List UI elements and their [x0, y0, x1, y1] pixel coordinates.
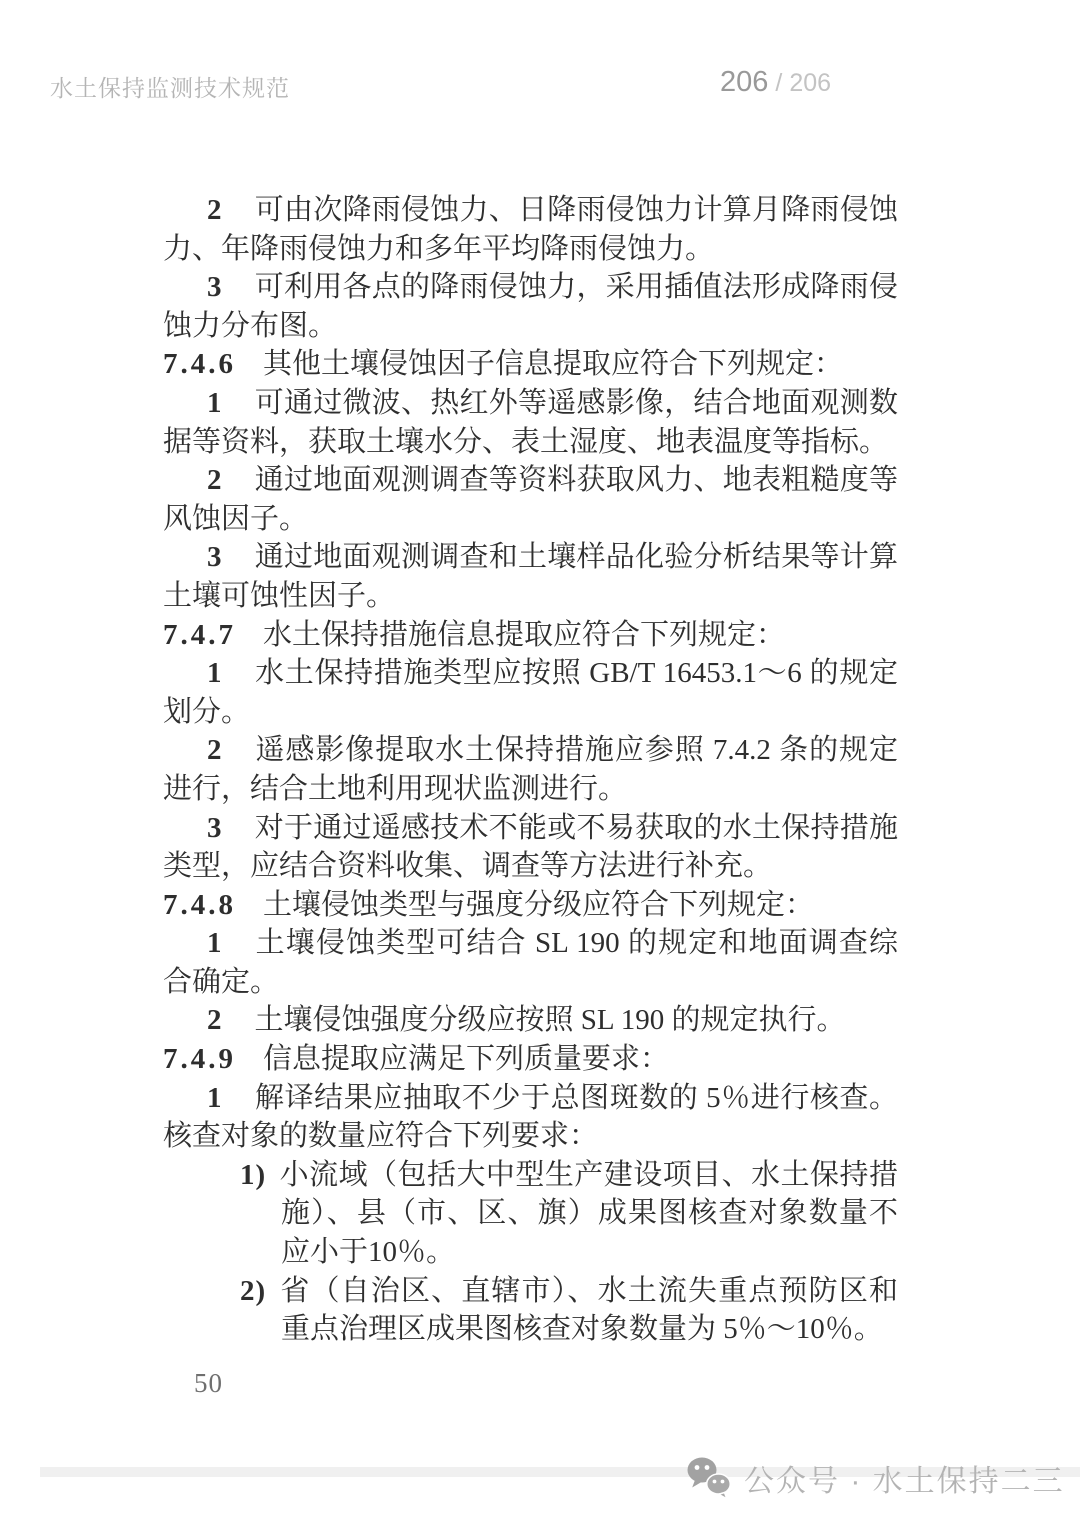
- item-number: 7.4.6: [163, 348, 236, 380]
- item-number: 1: [207, 927, 222, 959]
- item-text: 遥感影像提取水土保持措施应参照 7.4.2 条的规定进行，结合土地利用现状监测进…: [163, 734, 898, 805]
- item-text: 对于通过遥感技术不能或不易获取的水土保持措施类型，应结合资料收集、调查等方法进行…: [163, 812, 898, 883]
- item-text: 小流域（包括大中型生产建设项目、水土保持措施）、县（市、区、旗）成果图核查对象数…: [279, 1159, 898, 1268]
- item-text: 解译结果应抽取不少于总图斑数的 5％进行核查。核查对象的数量应符合下列要求：: [163, 1082, 898, 1153]
- item-text: 通过地面观测调查和土壤样品化验分析结果等计算土壤可蚀性因子。: [163, 541, 898, 612]
- page-total: 206: [789, 69, 831, 97]
- page-number: 50: [194, 1368, 223, 1399]
- list-item: 1土壤侵蚀类型可结合 SL 190 的规定和地面调查综合确定。: [163, 924, 898, 1001]
- section-heading: 7.4.9信息提取应满足下列质量要求：: [163, 1040, 898, 1079]
- page-current: 206: [720, 66, 768, 98]
- item-text: 可利用各点的降雨侵蚀力，采用插值法形成降雨侵蚀力分布图。: [163, 271, 898, 342]
- list-item: 3对于通过遥感技术不能或不易获取的水土保持措施类型，应结合资料收集、调查等方法进…: [163, 809, 898, 886]
- watermark-text: 公众号 · 水土保持二三: [744, 1456, 1065, 1500]
- page-indicator: 206/206: [720, 66, 831, 99]
- item-number: 7.4.8: [163, 889, 236, 921]
- item-number: 2: [207, 1004, 222, 1036]
- list-item: 2通过地面观测调查等资料获取风力、地表粗糙度等风蚀因子。: [163, 461, 898, 538]
- list-item: 2遥感影像提取水土保持措施应参照 7.4.2 条的规定进行，结合土地利用现状监测…: [163, 731, 898, 808]
- item-text: 通过地面观测调查等资料获取风力、地表粗糙度等风蚀因子。: [163, 464, 898, 535]
- list-item: 1解译结果应抽取不少于总图斑数的 5％进行核查。核查对象的数量应符合下列要求：: [163, 1079, 898, 1156]
- section-heading: 7.4.6其他土壤侵蚀因子信息提取应符合下列规定：: [163, 345, 898, 384]
- item-number: 2: [207, 734, 222, 766]
- item-number: 3: [207, 541, 222, 573]
- item-number: 1: [207, 657, 222, 689]
- item-text: 信息提取应满足下列质量要求：: [263, 1043, 669, 1075]
- list-item: 3可利用各点的降雨侵蚀力，采用插值法形成降雨侵蚀力分布图。: [163, 268, 898, 345]
- item-text: 可由次降雨侵蚀力、日降雨侵蚀力计算月降雨侵蚀力、年降雨侵蚀力和多年平均降雨侵蚀力…: [163, 194, 898, 265]
- item-number: 3: [207, 271, 222, 303]
- document-page: 水土保持监测技术规范 206/206 2可由次降雨侵蚀力、日降雨侵蚀力计算月降雨…: [0, 0, 1080, 1527]
- sub-list-item: 2)省（自治区、直辖市）、水土流失重点预防区和重点治理区成果图核查对象数量为 5…: [163, 1272, 898, 1349]
- section-heading: 7.4.7水土保持措施信息提取应符合下列规定：: [163, 616, 898, 655]
- doc-title: 水土保持监测技术规范: [50, 70, 290, 103]
- list-item: 2土壤侵蚀强度分级应按照 SL 190 的规定执行。: [163, 1001, 898, 1040]
- sub-list-item: 1)小流域（包括大中型生产建设项目、水土保持措施）、县（市、区、旗）成果图核查对…: [163, 1156, 898, 1272]
- item-number: 3: [207, 812, 222, 844]
- item-number: 7.4.9: [163, 1043, 236, 1075]
- item-text: 水土保持措施信息提取应符合下列规定：: [263, 619, 785, 651]
- item-text: 可通过微波、热红外等遥感影像，结合地面观测数据等资料，获取土壤水分、表土湿度、地…: [163, 387, 898, 458]
- list-item: 2可由次降雨侵蚀力、日降雨侵蚀力计算月降雨侵蚀力、年降雨侵蚀力和多年平均降雨侵蚀…: [163, 191, 898, 268]
- watermark: 公众号 · 水土保持二三: [686, 1456, 1065, 1500]
- document-content: 2可由次降雨侵蚀力、日降雨侵蚀力计算月降雨侵蚀力、年降雨侵蚀力和多年平均降雨侵蚀…: [163, 191, 898, 1349]
- item-text: 水土保持措施类型应按照 GB/T 16453.1～6 的规定划分。: [163, 657, 898, 728]
- item-text: 土壤侵蚀类型可结合 SL 190 的规定和地面调查综合确定。: [163, 927, 898, 998]
- item-text: 土壤侵蚀类型与强度分级应符合下列规定：: [263, 889, 814, 921]
- item-text: 省（自治区、直辖市）、水土流失重点预防区和重点治理区成果图核查对象数量为 5％～…: [279, 1275, 898, 1346]
- wechat-icon: [686, 1456, 732, 1500]
- item-number: 7.4.7: [163, 619, 236, 651]
- item-number: 2: [207, 464, 222, 496]
- section-heading: 7.4.8土壤侵蚀类型与强度分级应符合下列规定：: [163, 886, 898, 925]
- list-item: 1可通过微波、热红外等遥感影像，结合地面观测数据等资料，获取土壤水分、表土湿度、…: [163, 384, 898, 461]
- item-number: 2: [207, 194, 222, 226]
- item-text: 土壤侵蚀强度分级应按照 SL 190 的规定执行。: [255, 1004, 846, 1036]
- item-number: 2): [240, 1275, 266, 1307]
- item-number: 1: [207, 387, 222, 419]
- item-number: 1: [207, 1082, 222, 1114]
- page-separator: /: [775, 69, 782, 97]
- item-number: 1): [240, 1159, 266, 1191]
- item-text: 其他土壤侵蚀因子信息提取应符合下列规定：: [263, 348, 843, 380]
- list-item: 3通过地面观测调查和土壤样品化验分析结果等计算土壤可蚀性因子。: [163, 538, 898, 615]
- list-item: 1水土保持措施类型应按照 GB/T 16453.1～6 的规定划分。: [163, 654, 898, 731]
